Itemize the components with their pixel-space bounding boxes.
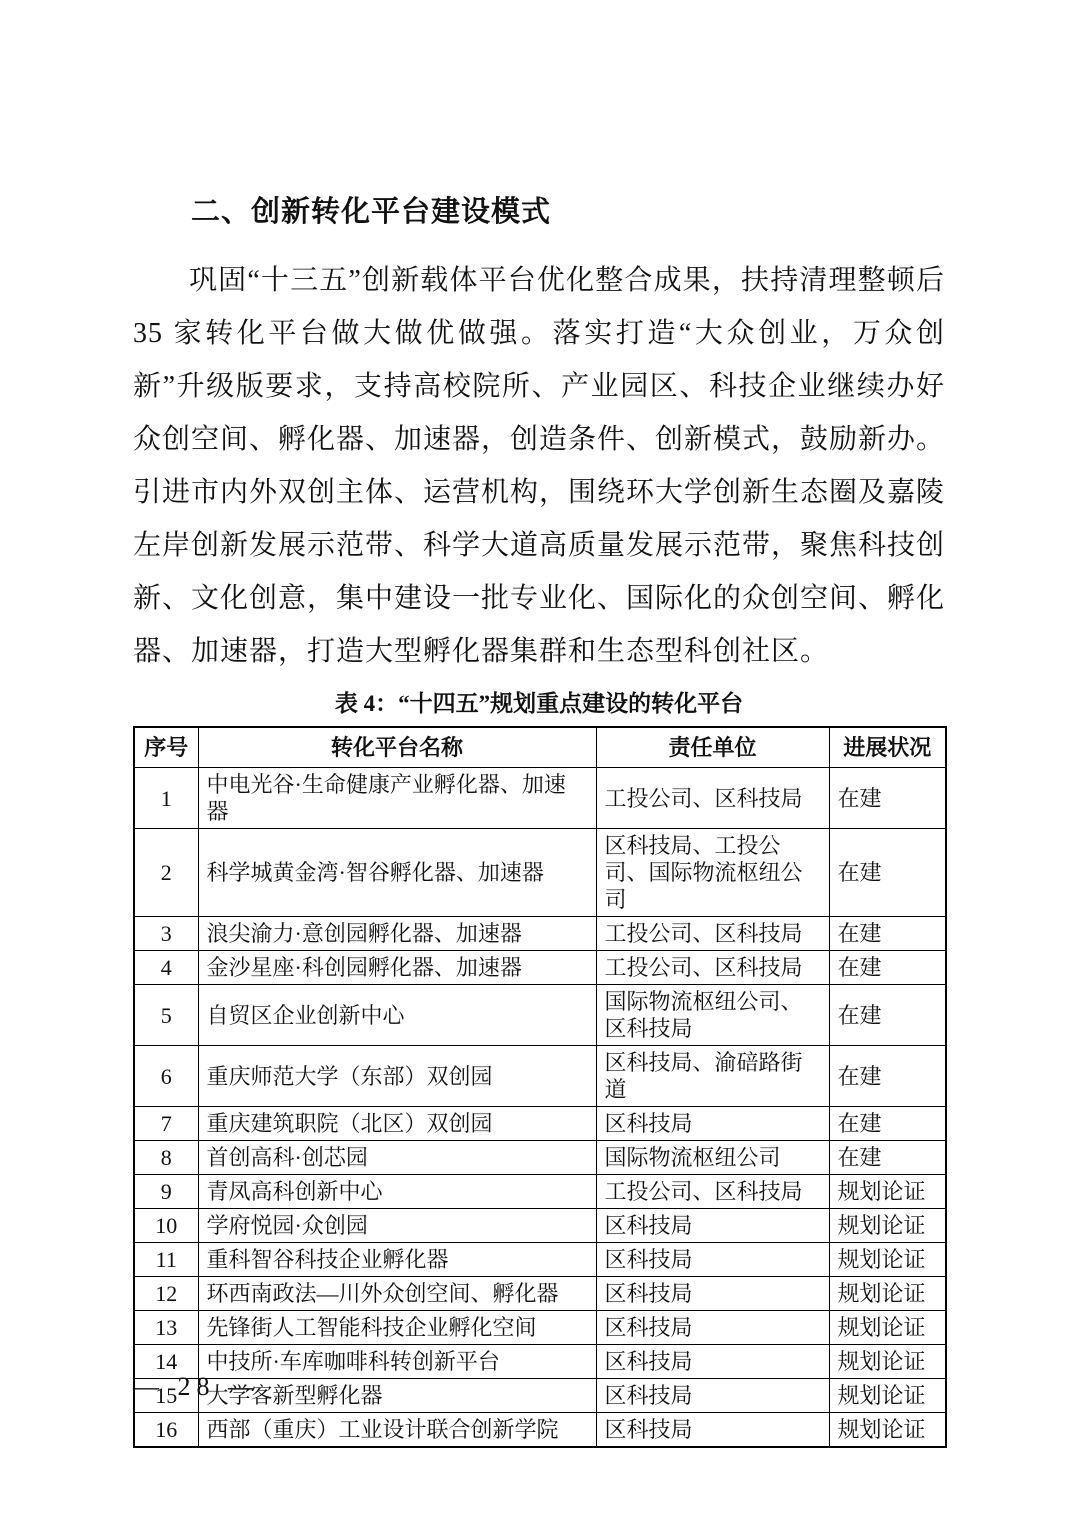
table-row: 11重科智谷科技企业孵化器区科技局规划论证 (134, 1243, 946, 1277)
cell-unit: 工投公司、区科技局 (596, 1175, 829, 1209)
cell-status: 在建 (829, 951, 946, 985)
cell-no: 8 (134, 1141, 198, 1175)
cell-no: 11 (134, 1243, 198, 1277)
cell-status: 规划论证 (829, 1345, 946, 1379)
cell-unit: 区科技局 (596, 1107, 829, 1141)
cell-name: 重庆建筑职院（北区）双创园 (198, 1107, 596, 1141)
cell-unit: 区科技局 (596, 1311, 829, 1345)
cell-unit: 国际物流枢纽公司 (596, 1141, 829, 1175)
table-row: 9青凤高科创新中心工投公司、区科技局规划论证 (134, 1175, 946, 1209)
cell-name: 重科智谷科技企业孵化器 (198, 1243, 596, 1277)
cell-no: 9 (134, 1175, 198, 1209)
column-header-unit: 责任单位 (596, 727, 829, 768)
table-row: 1中电光谷·生命健康产业孵化器、加速器工投公司、区科技局在建 (134, 768, 946, 829)
document-page: 二、创新转化平台建设模式 巩固“十三五”创新载体平台优化整合成果，扶持清理整顿后… (0, 0, 1074, 1520)
table-row: 16西部（重庆）工业设计联合创新学院区科技局规划论证 (134, 1413, 946, 1448)
cell-name: 先锋街人工智能科技企业孵化空间 (198, 1311, 596, 1345)
platform-table: 序号转化平台名称责任单位进展状况 1中电光谷·生命健康产业孵化器、加速器工投公司… (133, 726, 947, 1448)
cell-status: 规划论证 (829, 1175, 946, 1209)
cell-name: 浪尖渝力·意创园孵化器、加速器 (198, 917, 596, 951)
table-row: 12环西南政法—川外众创空间、孵化器区科技局规划论证 (134, 1277, 946, 1311)
cell-status: 在建 (829, 985, 946, 1046)
document-content: 二、创新转化平台建设模式 巩固“十三五”创新载体平台优化整合成果，扶持清理整顿后… (133, 192, 945, 1448)
cell-no: 3 (134, 917, 198, 951)
table-caption: 表 4：“十四五”规划重点建设的转化平台 (133, 688, 945, 720)
cell-name: 重庆师范大学（东部）双创园 (198, 1046, 596, 1107)
table-row: 4金沙星座·科创园孵化器、加速器工投公司、区科技局在建 (134, 951, 946, 985)
cell-status: 规划论证 (829, 1413, 946, 1448)
table-row: 6重庆师范大学（东部）双创园区科技局、渝碚路街道在建 (134, 1046, 946, 1107)
cell-status: 规划论证 (829, 1311, 946, 1345)
cell-status: 规划论证 (829, 1277, 946, 1311)
table-header-row: 序号转化平台名称责任单位进展状况 (134, 727, 946, 768)
cell-unit: 工投公司、区科技局 (596, 917, 829, 951)
section-heading: 二、创新转化平台建设模式 (133, 192, 945, 232)
cell-name: 青凤高科创新中心 (198, 1175, 596, 1209)
cell-unit: 区科技局 (596, 1209, 829, 1243)
table-row: 2科学城黄金湾·智谷孵化器、加速器区科技局、工投公司、国际物流枢纽公司在建 (134, 829, 946, 917)
cell-name: 自贸区企业创新中心 (198, 985, 596, 1046)
table-row: 5自贸区企业创新中心国际物流枢纽公司、区科技局在建 (134, 985, 946, 1046)
cell-no: 2 (134, 829, 198, 917)
cell-unit: 工投公司、区科技局 (596, 768, 829, 829)
cell-status: 在建 (829, 917, 946, 951)
cell-name: 首创高科·创芯园 (198, 1141, 596, 1175)
cell-unit: 国际物流枢纽公司、区科技局 (596, 985, 829, 1046)
cell-name: 环西南政法—川外众创空间、孵化器 (198, 1277, 596, 1311)
cell-status: 规划论证 (829, 1379, 946, 1413)
table-row: 8首创高科·创芯园国际物流枢纽公司在建 (134, 1141, 946, 1175)
cell-no: 1 (134, 768, 198, 829)
cell-unit: 区科技局、工投公司、国际物流枢纽公司 (596, 829, 829, 917)
table-row: 3浪尖渝力·意创园孵化器、加速器工投公司、区科技局在建 (134, 917, 946, 951)
cell-no: 6 (134, 1046, 198, 1107)
cell-no: 12 (134, 1277, 198, 1311)
body-paragraph: 巩固“十三五”创新载体平台优化整合成果，扶持清理整顿后 35 家转化平台做大做优… (133, 254, 945, 678)
cell-name: 西部（重庆）工业设计联合创新学院 (198, 1413, 596, 1448)
table-row: 13先锋街人工智能科技企业孵化空间区科技局规划论证 (134, 1311, 946, 1345)
cell-no: 5 (134, 985, 198, 1046)
cell-no: 13 (134, 1311, 198, 1345)
cell-name: 学府悦园·众创园 (198, 1209, 596, 1243)
cell-unit: 区科技局 (596, 1243, 829, 1277)
cell-status: 在建 (829, 768, 946, 829)
cell-status: 规划论证 (829, 1209, 946, 1243)
page-number: — 28 — (133, 1372, 260, 1402)
cell-status: 在建 (829, 829, 946, 917)
cell-name: 金沙星座·科创园孵化器、加速器 (198, 951, 596, 985)
cell-no: 7 (134, 1107, 198, 1141)
column-header-no: 序号 (134, 727, 198, 768)
column-header-name: 转化平台名称 (198, 727, 596, 768)
cell-status: 在建 (829, 1046, 946, 1107)
table-row: 10学府悦园·众创园区科技局规划论证 (134, 1209, 946, 1243)
cell-unit: 区科技局 (596, 1413, 829, 1448)
column-header-status: 进展状况 (829, 727, 946, 768)
cell-unit: 工投公司、区科技局 (596, 951, 829, 985)
cell-no: 16 (134, 1413, 198, 1448)
cell-name: 科学城黄金湾·智谷孵化器、加速器 (198, 829, 596, 917)
cell-unit: 区科技局 (596, 1277, 829, 1311)
table-row: 7重庆建筑职院（北区）双创园区科技局在建 (134, 1107, 946, 1141)
cell-name: 中电光谷·生命健康产业孵化器、加速器 (198, 768, 596, 829)
cell-no: 4 (134, 951, 198, 985)
cell-status: 规划论证 (829, 1243, 946, 1277)
cell-status: 在建 (829, 1141, 946, 1175)
cell-unit: 区科技局 (596, 1345, 829, 1379)
cell-status: 在建 (829, 1107, 946, 1141)
cell-unit: 区科技局 (596, 1379, 829, 1413)
cell-no: 10 (134, 1209, 198, 1243)
cell-unit: 区科技局、渝碚路街道 (596, 1046, 829, 1107)
